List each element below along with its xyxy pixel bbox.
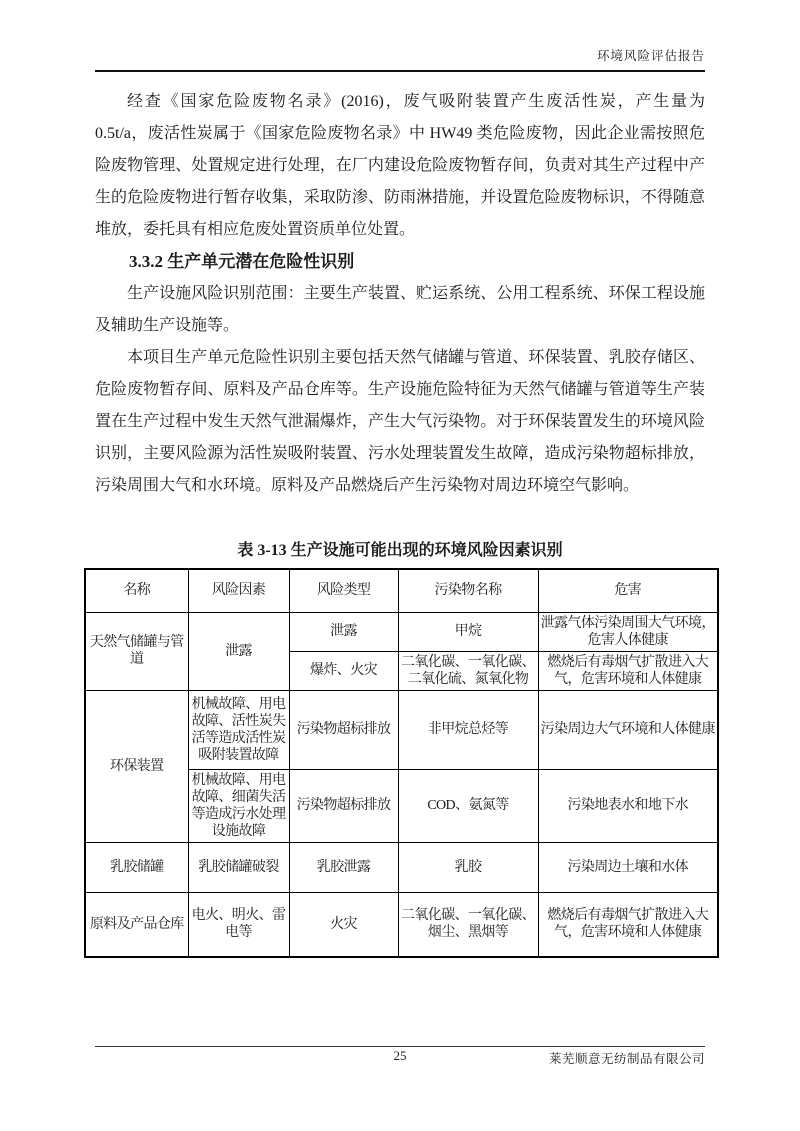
header-rule: [95, 70, 705, 72]
cell-risk-factor: 机械故障、用电故障、细菌失活等造成污水处理设施故障: [188, 769, 289, 842]
header-cell-name: 名称: [85, 569, 188, 612]
header-cell-pollutant: 污染物名称: [398, 569, 538, 612]
table-row: 环保装置 机械故障、用电故障、活性炭失活等造成活性炭吸附装置故障 污染物超标排放…: [85, 690, 718, 769]
cell-name: 原料及产品仓库: [85, 892, 188, 957]
risk-table-wrapper: 名称 风险因素 风险类型 污染物名称 危害 天然气储罐与管道 泄露 泄露 甲烷 …: [84, 568, 718, 958]
cell-harm: 污染周边大气环境和人体健康: [538, 690, 718, 769]
cell-risk-factor: 电火、明火、雷电等: [188, 892, 289, 957]
section-heading-332: 3.3.2 生产单元潜在危险性识别: [95, 246, 705, 278]
cell-name: 环保装置: [85, 690, 188, 842]
cell-pollutant: COD、氨氮等: [398, 769, 538, 842]
cell-pollutant: 甲烷: [398, 612, 538, 651]
cell-risk-type: 污染物超标排放: [289, 690, 398, 769]
cell-pollutant: 二氧化碳、一氧化碳、二氧化硫、氮氧化物: [398, 651, 538, 690]
report-page: 环境风险评估报告 经查《国家危险废物名录》(2016)，废气吸附装置产生废活性炭…: [0, 0, 800, 1131]
cell-harm: 燃烧后有毒烟气扩散进入大气，危害环境和人体健康: [538, 892, 718, 957]
header-cell-risk-type: 风险类型: [289, 569, 398, 612]
paragraph-unit-identification: 本项目生产单元危险性识别主要包括天然气储罐与管道、环保装置、乳胶存储区、危险废物…: [95, 342, 705, 502]
cell-pollutant: 非甲烷总烃等: [398, 690, 538, 769]
table-row: 原料及产品仓库 电火、明火、雷电等 火灾 二氧化碳、一氧化碳、烟尘、黑烟等 燃烧…: [85, 892, 718, 957]
table-title: 表 3-13 生产设施可能出现的环境风险因素识别: [95, 540, 705, 562]
footer-company: 莱芜顺意无纺制品有限公司: [549, 1049, 705, 1067]
table-header-row: 名称 风险因素 风险类型 污染物名称 危害: [85, 569, 718, 612]
cell-risk-type: 乳胶泄露: [289, 842, 398, 892]
table-row: 天然气储罐与管道 泄露 泄露 甲烷 泄露气体污染周围大气环境，危害人体健康: [85, 612, 718, 651]
cell-risk-factor: 乳胶储罐破裂: [188, 842, 289, 892]
risk-factor-table: 名称 风险因素 风险类型 污染物名称 危害 天然气储罐与管道 泄露 泄露 甲烷 …: [84, 568, 719, 958]
table-row: 乳胶储罐 乳胶储罐破裂 乳胶泄露 乳胶 污染周边土壤和水体: [85, 842, 718, 892]
cell-risk-type: 泄露: [289, 612, 398, 651]
cell-harm: 污染周边土壤和水体: [538, 842, 718, 892]
paragraph-hazardous-waste: 经查《国家危险废物名录》(2016)，废气吸附装置产生废活性炭，产生量为 0.5…: [95, 86, 705, 246]
cell-risk-type: 污染物超标排放: [289, 769, 398, 842]
cell-risk-factor: 泄露: [188, 612, 289, 690]
cell-name: 乳胶储罐: [85, 842, 188, 892]
cell-harm: 燃烧后有毒烟气扩散进入大气，危害环境和人体健康: [538, 651, 718, 690]
cell-pollutant: 乳胶: [398, 842, 538, 892]
header-cell-harm: 危害: [538, 569, 718, 612]
cell-harm: 泄露气体污染周围大气环境，危害人体健康: [538, 612, 718, 651]
body-text-block: 经查《国家危险废物名录》(2016)，废气吸附装置产生废活性炭，产生量为 0.5…: [95, 86, 705, 502]
cell-harm: 污染地表水和地下水: [538, 769, 718, 842]
page-header-title: 环境风险评估报告: [597, 46, 705, 64]
header-cell-risk-factor: 风险因素: [188, 569, 289, 612]
footer-rule: [95, 1046, 705, 1047]
cell-name: 天然气储罐与管道: [85, 612, 188, 690]
paragraph-risk-scope: 生产设施风险识别范围：主要生产装置、贮运系统、公用工程系统、环保工程设施及辅助生…: [95, 278, 705, 342]
cell-pollutant: 二氧化碳、一氧化碳、烟尘、黑烟等: [398, 892, 538, 957]
cell-risk-factor: 机械故障、用电故障、活性炭失活等造成活性炭吸附装置故障: [188, 690, 289, 769]
cell-risk-type: 火灾: [289, 892, 398, 957]
cell-risk-type: 爆炸、火灾: [289, 651, 398, 690]
